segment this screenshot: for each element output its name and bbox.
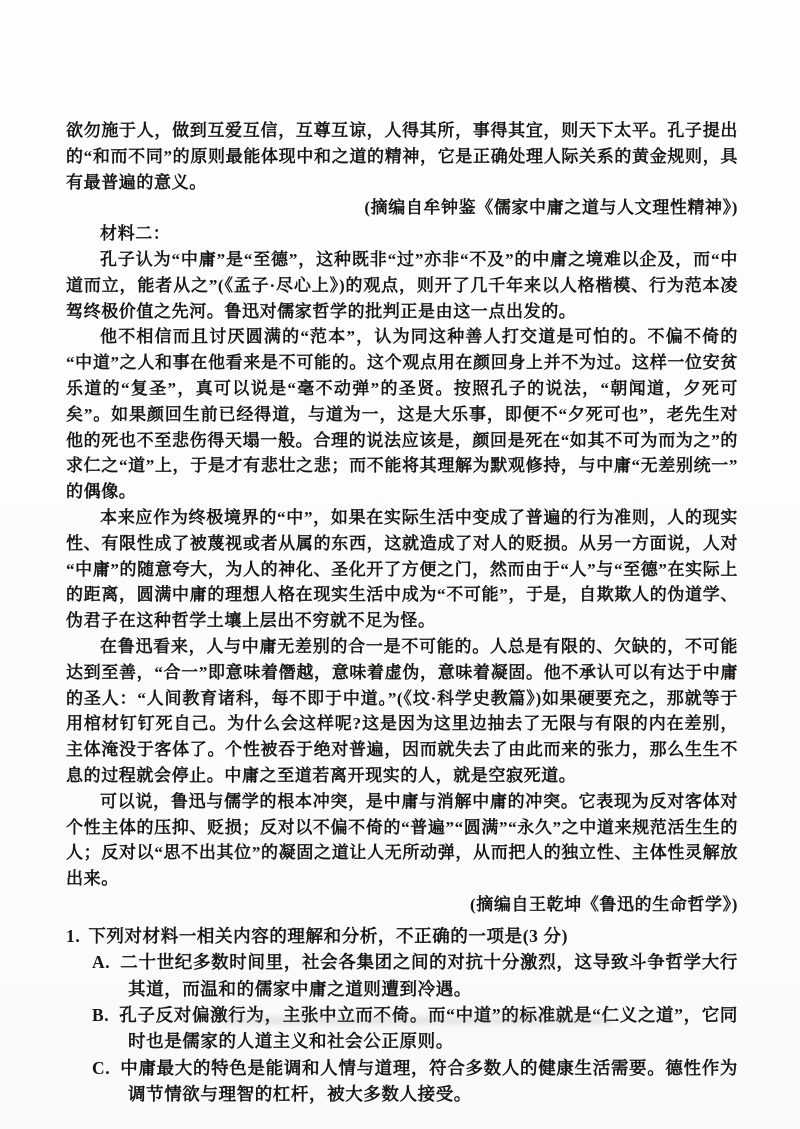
material2-attribution: (摘编自王乾坤《鲁迅的生命哲学》) — [66, 892, 738, 918]
option-a-text: 二十世纪多数时间里，社会各集团之间的对抗十分激烈，这导致斗争哲学大行其道，而温和… — [120, 952, 738, 998]
material2-heading: 材料二： — [66, 221, 738, 247]
option-a-label: A. — [92, 952, 110, 972]
material1-attribution: (摘编自牟钟鉴《儒家中庸之道与人文理性精神》) — [66, 195, 738, 221]
exam-page: 欲勿施于人，做到互爱互信，互尊互谅，人得其所，事得其宜，则天下太平。孔子提出的“… — [0, 0, 800, 1129]
material2-paragraph-3: 本来应作为终极境界的“中”，如果在实际生活中变成了普遍的行为准则，人的现实性、有… — [66, 505, 738, 634]
option-c-text: 中庸最大的特色是能调和人情与道理，符合多数人的健康生活需要。德性作为调节情欲与理… — [120, 1058, 738, 1104]
material1-closing-paragraph: 欲勿施于人，做到互爱互信，互尊互谅，人得其所，事得其宜，则天下太平。孔子提出的“… — [66, 118, 738, 195]
material2-paragraph-4: 在鲁迅看来，人与中庸无差别的合一是不可能的。人总是有限的、欠缺的，不可能达到至善… — [66, 634, 738, 789]
option-b-text: 孔子反对偏激行为，主张中立而不倚。而“中道”的标准就是“仁义之道”，它同时也是儒… — [119, 1005, 738, 1051]
option-c-label: C. — [92, 1058, 110, 1078]
question-1-stem: 1.下列对材料一相关内容的理解和分析，不正确的一项是(3 分) — [66, 923, 738, 949]
option-b-label: B. — [92, 1005, 109, 1025]
question-1-option-b: B.孔子反对偏激行为，主张中立而不倚。而“中道”的标准就是“仁义之道”，它同时也… — [92, 1002, 738, 1055]
material2-paragraph-2: 他不相信而且讨厌圆满的“范本”，认为同这种善人打交道是可怕的。不偏不倚的“中道”… — [66, 324, 738, 505]
scan-ghost-artifact — [222, 1016, 612, 1025]
question-1-number: 1. — [66, 926, 80, 946]
material2-paragraph-1: 孔子认为“中庸”是“至德”，这种既非“过”亦非“不及”的中庸之境难以企及，而“中… — [66, 247, 738, 324]
material2-paragraph-5: 可以说，鲁迅与儒学的根本冲突，是中庸与消解中庸的冲突。它表现为反对客体对个性主体… — [66, 789, 738, 892]
question-1-option-c: C.中庸最大的特色是能调和人情与道理，符合多数人的健康生活需要。德性作为调节情欲… — [92, 1055, 738, 1108]
question-1-stem-text: 下列对材料一相关内容的理解和分析，不正确的一项是(3 分) — [88, 926, 568, 946]
question-1-option-a: A.二十世纪多数时间里，社会各集团之间的对抗十分激烈，这导致斗争哲学大行其道，而… — [92, 949, 738, 1002]
